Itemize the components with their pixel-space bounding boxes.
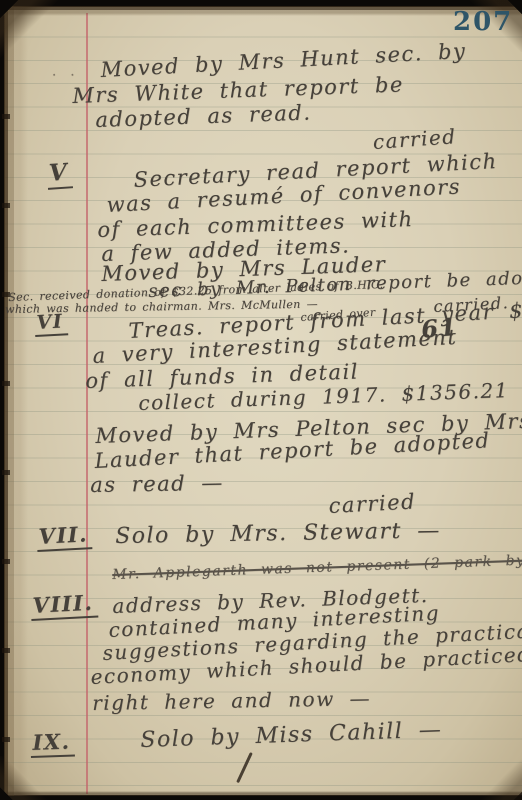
motion-result: carried [328,489,417,518]
handwritten-line: as read — [90,471,224,497]
photo-corner-bottom-right [462,760,522,800]
section-numeral-vii: VII. [36,521,92,549]
ledger-page-photo: 207 · · Moved by Mrs Hunt sec. by Mrs Wh… [0,0,522,800]
numeral-label: IX. [30,728,75,758]
section-numeral-vi: VI [34,310,68,334]
photo-corner-bottom-left [0,756,54,800]
numeral-label: V [46,158,73,190]
page-top-edge [0,0,522,16]
handwritten-line: right here and now — [92,686,371,715]
binding-stitches [2,30,10,780]
numeral-label: VII. [36,521,93,552]
section-numeral-ix: IX. [30,728,75,755]
section-numeral-v: V [46,158,73,187]
photo-corner-top-left [0,0,72,58]
section-numeral-viii: VIII. [30,590,98,618]
pencil-dots-mark: · · [52,68,76,83]
page-number: 207 [453,7,513,37]
page-bottom-edge [0,791,522,800]
red-margin-line [86,13,88,794]
numeral-label: VIII. [30,590,98,621]
numeral-label: VI [34,310,68,337]
